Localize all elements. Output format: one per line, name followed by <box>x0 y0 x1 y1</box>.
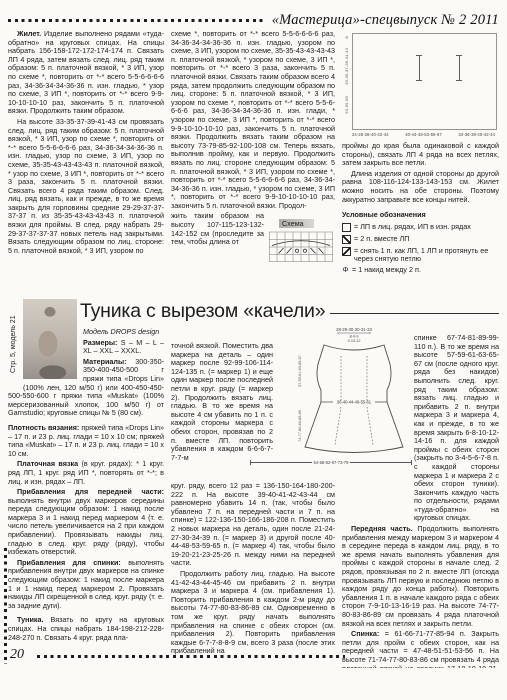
front-increases-paragraph: Прибавления для передней части: выполнят… <box>8 488 164 557</box>
svg-text:57-59-61-63-65-67: 57-59-61-63-65-67 <box>298 355 302 387</box>
vest-schematic-side-label-2: 33-35-37-39-41-43 <box>344 48 349 85</box>
armhole-slit-mark-left <box>419 55 420 81</box>
svg-text:9-10-12: 9-10-12 <box>347 339 360 343</box>
width-label-left: 24-26-28-40-42-44 <box>352 132 389 137</box>
page-number: 20 <box>10 648 24 662</box>
vest-schematic: 8 33-35-37-39-41-43 53-55-58 <box>352 33 497 130</box>
model-photo <box>23 299 77 379</box>
armhole-slit-mark-right <box>459 55 460 81</box>
knit2tog-icon <box>342 235 351 244</box>
vest-paragraph-5: проймы до края была одинаковой с каждой … <box>342 142 499 168</box>
tunic-text-beside-diagram: спинке 67-74-81-89-99-110 п.). В то же в… <box>414 334 499 523</box>
svg-text:28-29-30-30-31-33: 28-29-30-30-31-33 <box>336 327 372 332</box>
left-dotted-border <box>4 548 7 664</box>
symbol-legend: Условные обозначения = ЛП в лиц. рядах, … <box>342 211 499 275</box>
vest-column-3: 8 33-35-37-39-41-43 53-55-58 24-26-28-40… <box>342 30 499 296</box>
vest-paragraph-3: схеме *, повторить от *-* всего 5-5-6-6-… <box>171 30 335 210</box>
svg-text:8-9-9: 8-9-9 <box>350 335 359 339</box>
svg-text:36-40-44-49-55-61: 36-40-44-49-55-61 <box>337 400 372 405</box>
vest-schematic-width-labels: 24-26-28-40-42-44 40-44-48-53-59-67 34-3… <box>352 132 495 137</box>
yarn-over-icon: Φ <box>342 266 349 274</box>
width-label-right: 34-36-38-40-42-44 <box>458 132 495 137</box>
stitch-chart: Схема <box>269 213 335 267</box>
article-title: Туника с вырезом «качели» <box>80 300 325 322</box>
page-header: «Мастерица»-спецвыпуск № 2 2011 <box>8 13 499 28</box>
back-increases-paragraph: Прибавления для спинки: выполнять прибав… <box>8 559 164 611</box>
vest-paragraph-1: Жилет. Изделие выполнено рядами «туда-об… <box>8 30 164 116</box>
stitch-chart-grid <box>269 231 333 262</box>
legend-item: = 2 п. вместе ЛП <box>342 235 499 245</box>
vest-column-2: схеме *, повторить от *-* всего 5-5-6-6-… <box>171 30 335 296</box>
legend-item: = ЛП в лиц. рядах, ИП в изн. рядах <box>342 223 499 233</box>
legend-item: Φ = 1 накид между 2 п. <box>342 266 499 275</box>
vest-column-1: Жилет. Изделие выполнено рядами «туда-об… <box>8 30 164 296</box>
footer-dotted-line <box>37 655 345 658</box>
measure-tick-right <box>411 460 412 465</box>
tunic-schematic: 28-29-30-30-31-33 8-9-9 9-10-12 36-40-44… <box>296 326 412 478</box>
tunic-text-wide: круг. ряду, всего 12 раз = 136-150-164-1… <box>171 482 335 568</box>
vest-article: Жилет. Изделие выполнено рядами «туда-об… <box>8 30 499 296</box>
gauge-paragraph: Плотность вязания: пряжей типа «Drops Li… <box>8 424 164 458</box>
article-heading-row: Туника с вырезом «качели» <box>80 300 499 322</box>
svg-text:74-77-80-83-86-89: 74-77-80-83-86-89 <box>298 410 302 442</box>
legend-item: = снять 1 п. как ЛП, 1 ЛП и протянуть ее… <box>342 247 499 264</box>
garter-stitch-paragraph: Платочная вязка (в круг. рядах): * 1 кру… <box>8 460 164 486</box>
magazine-title: «Мастерица»-спецвыпуск № 2 2011 <box>272 13 499 28</box>
vest-paragraph-4-wrap: Схема <box>171 212 335 246</box>
back-part-paragraph: Спинка: = 61-66-71-77-85-94 п. Закрыть п… <box>342 630 499 668</box>
slip-knit-pass-icon <box>342 247 351 256</box>
magazine-page: «Мастерица»-спецвыпуск № 2 2011 Жилет. И… <box>0 0 507 700</box>
legend-title: Условные обозначения <box>342 211 499 220</box>
hem-width-measure: 54-58-62-67-73-79 <box>250 460 412 465</box>
vest-paragraph-6: Длина изделия от одной стороны до другой… <box>342 170 499 204</box>
tunic-column-1: Стр. 5, модель 21 Модель DROPS design Ра… <box>8 296 164 668</box>
vest-schematic-side-label-1: 8 <box>344 36 349 38</box>
vest-schematic-side-label-3: 53-55-58 <box>344 96 349 114</box>
empty-square-icon <box>342 223 351 232</box>
stitch-chart-label: Схема <box>279 219 314 228</box>
vest-paragraph-2: На высоте 33-35-37-39-41-43 см провязать… <box>8 118 164 256</box>
tunic-article: Туника с вырезом «качели» Стр. 5, модель… <box>0 296 507 668</box>
heading-rule <box>330 313 499 314</box>
header-dotted-line <box>8 19 265 22</box>
hem-width-label: 54-58-62-67-73-79 <box>312 460 351 465</box>
tunic-start-paragraph: Туника. Вязать по кругу на круговых спиц… <box>8 616 164 642</box>
width-label-center: 40-44-48-53-59-67 <box>405 132 442 137</box>
front-part-paragraph: Передняя часть. Продолжить выполнять при… <box>342 525 499 628</box>
page-reference-caption: Стр. 5, модель 21 <box>8 302 20 386</box>
tunic-text-continued: Продолжить работу лиц. гладью. На высоте… <box>171 570 335 656</box>
